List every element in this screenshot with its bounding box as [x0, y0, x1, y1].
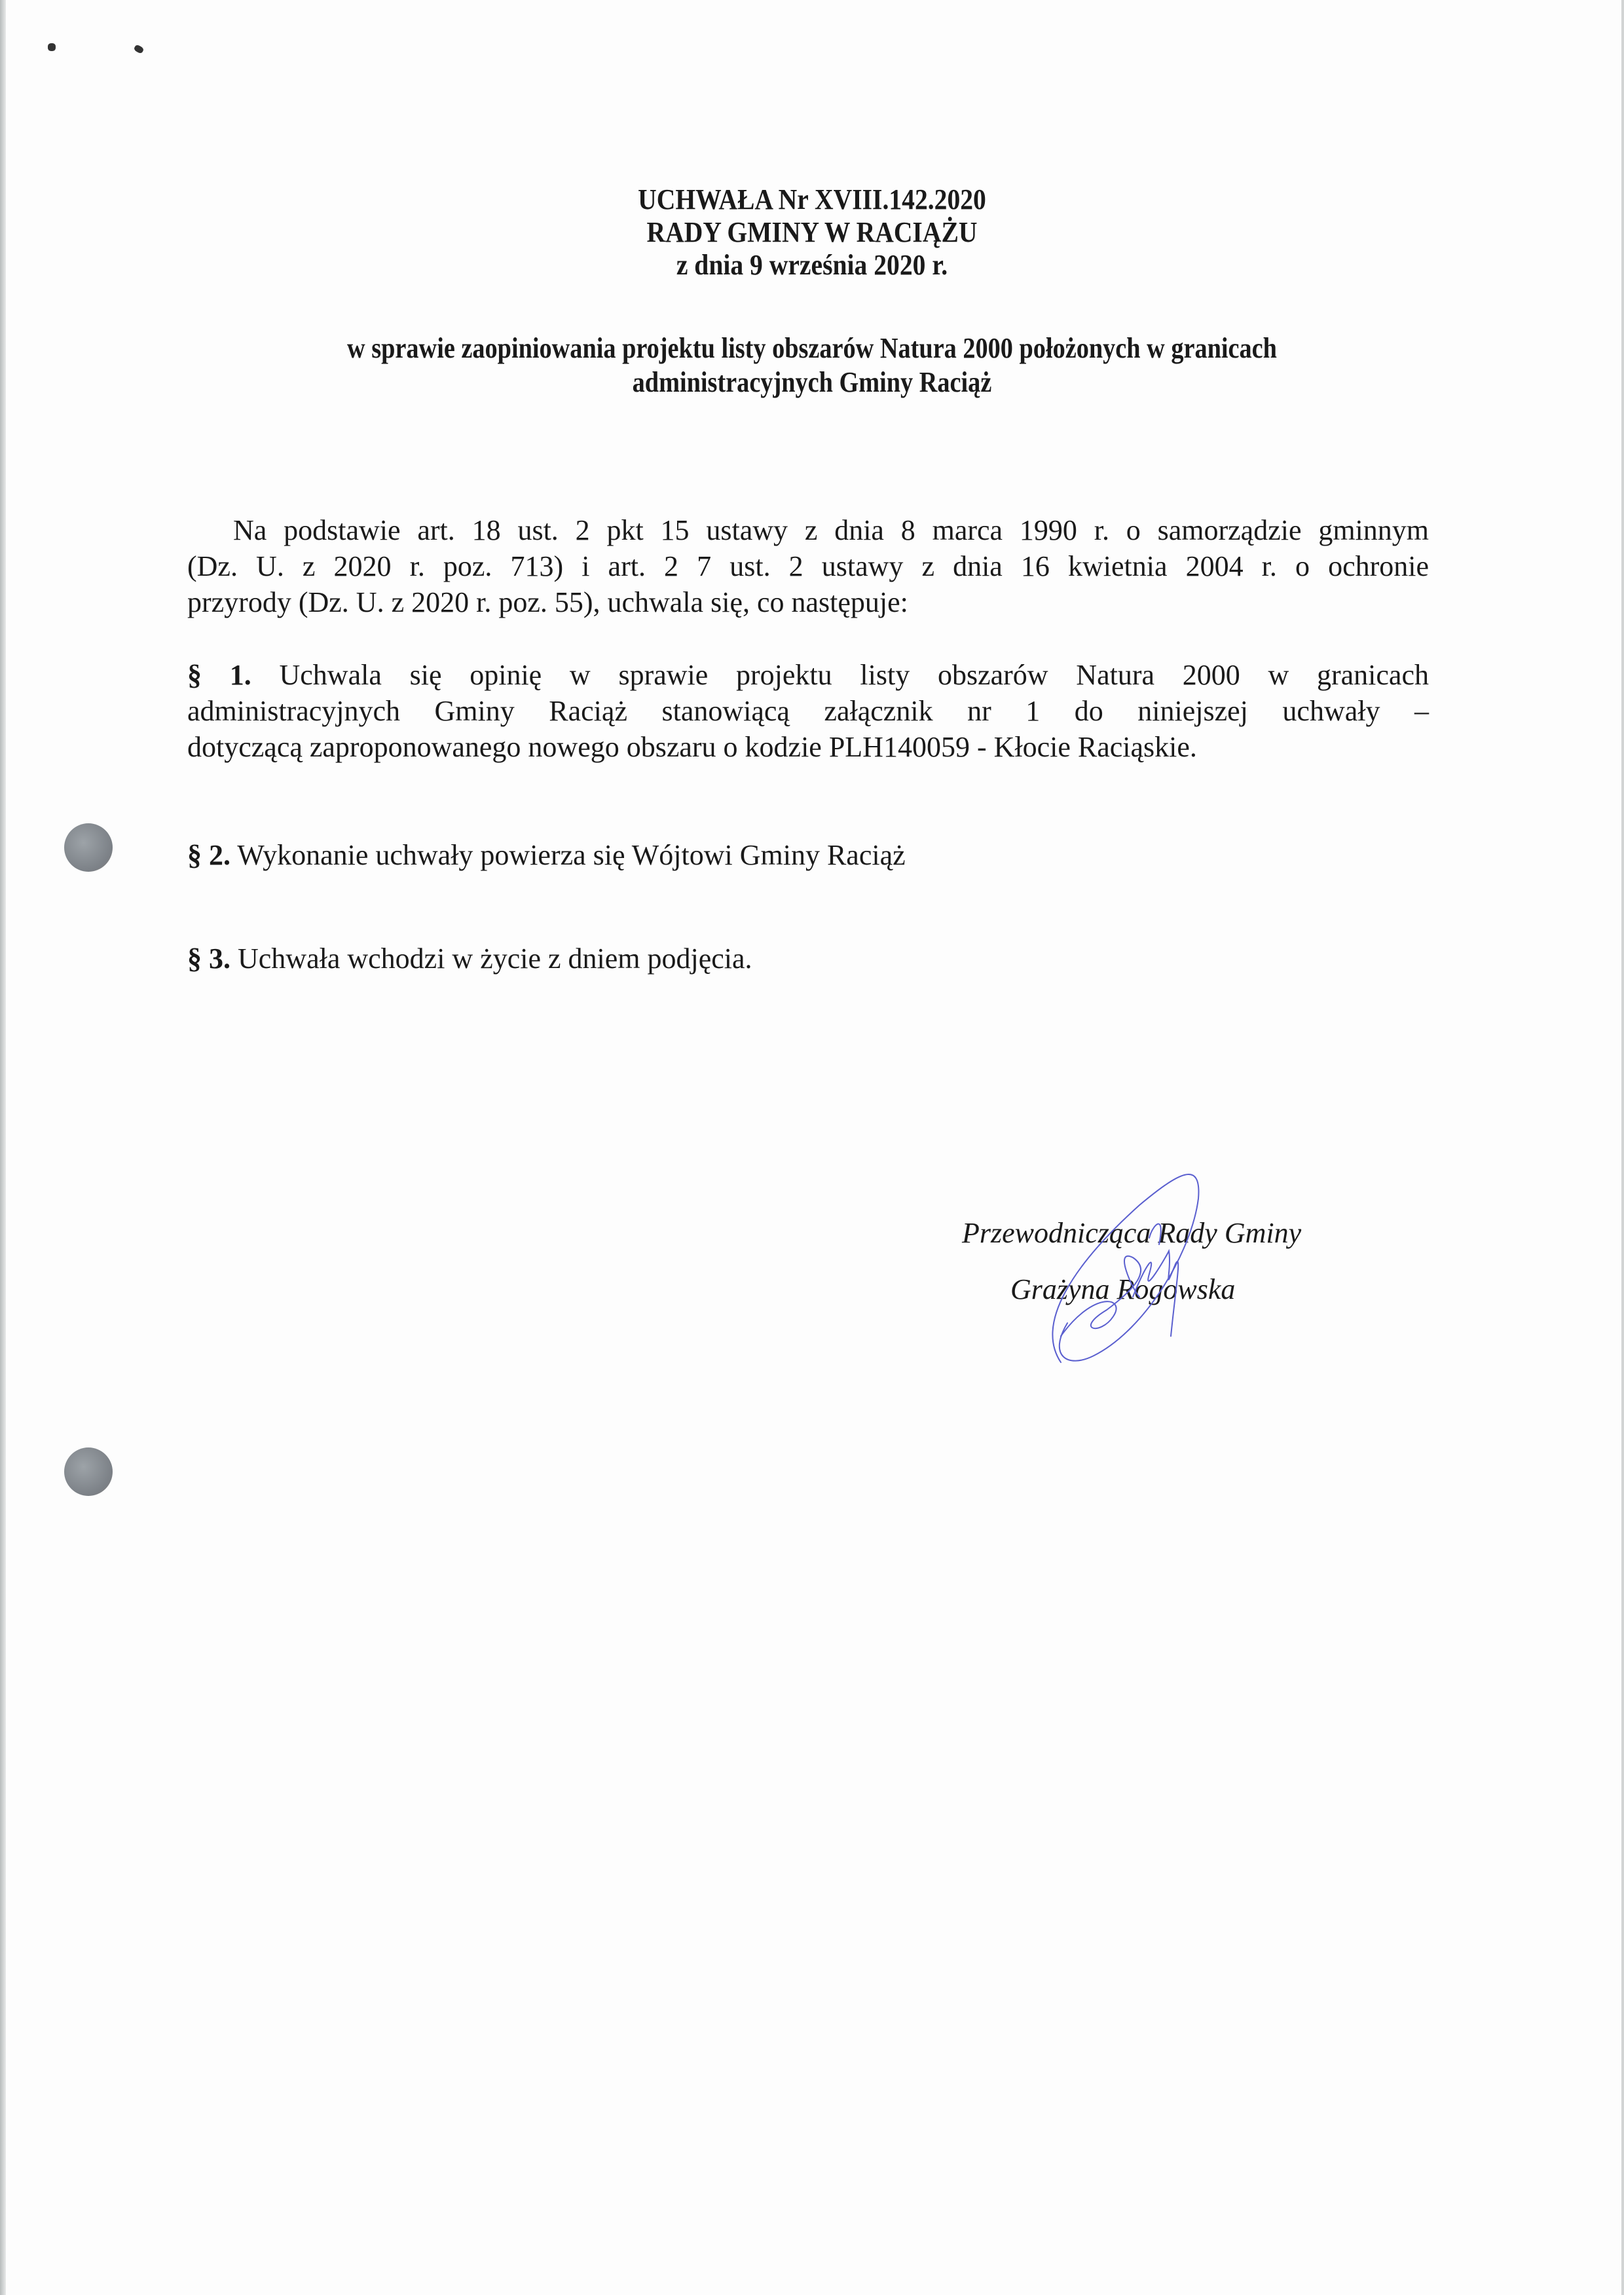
preamble-line: przyrody (Dz. U. z 2020 r. poz. 55), uch…	[187, 584, 1429, 620]
handwritten-signature	[1035, 1159, 1257, 1375]
scan-speck	[48, 43, 56, 51]
resolution-title: UCHWAŁA Nr XVIII.142.2020 RADY GMINY W R…	[81, 183, 1543, 282]
section-3-text: Uchwała wchodzi w życie z dniem podjęcia…	[231, 942, 752, 975]
preamble-line: Na podstawie art. 18 ust. 2 pkt 15 ustaw…	[187, 512, 1429, 548]
section-number: § 1.	[187, 659, 251, 691]
punch-hole	[64, 823, 113, 872]
section-number: § 3.	[187, 942, 231, 975]
punch-hole	[64, 1447, 113, 1496]
title-line: RADY GMINY W RACIĄŻU	[81, 216, 1543, 249]
subject-line: w sprawie zaopiniowania projektu listy o…	[105, 331, 1519, 365]
section-number: § 2.	[187, 839, 231, 871]
title-line: z dnia 9 września 2020 r.	[81, 249, 1543, 282]
section-2: § 2. Wykonanie uchwały powierza się Wójt…	[187, 837, 906, 873]
scan-edge-left	[0, 0, 6, 2295]
section-2-text: Wykonanie uchwały powierza się Wójtowi G…	[231, 839, 906, 871]
section-3: § 3. Uchwała wchodzi w życie z dniem pod…	[187, 941, 752, 977]
section-1: § 1. Uchwala się opinię w sprawie projek…	[187, 657, 1429, 765]
preamble: Na podstawie art. 18 ust. 2 pkt 15 ustaw…	[187, 512, 1429, 620]
section-1-line: dotyczącą zaproponowanego nowego obszaru…	[187, 729, 1429, 765]
resolution-subject: w sprawie zaopiniowania projektu listy o…	[105, 331, 1519, 400]
section-1-line: administracyjnych Gminy Raciąż stanowiąc…	[187, 693, 1429, 729]
title-line: UCHWAŁA Nr XVIII.142.2020	[81, 183, 1543, 216]
subject-line: administracyjnych Gminy Raciąż	[105, 365, 1519, 400]
scan-speck	[133, 44, 144, 54]
preamble-line: (Dz. U. z 2020 r. poz. 713) i art. 2 7 u…	[187, 548, 1429, 584]
section-1-line: § 1. Uchwala się opinię w sprawie projek…	[187, 657, 1429, 693]
scan-edge-right	[1621, 0, 1624, 2295]
